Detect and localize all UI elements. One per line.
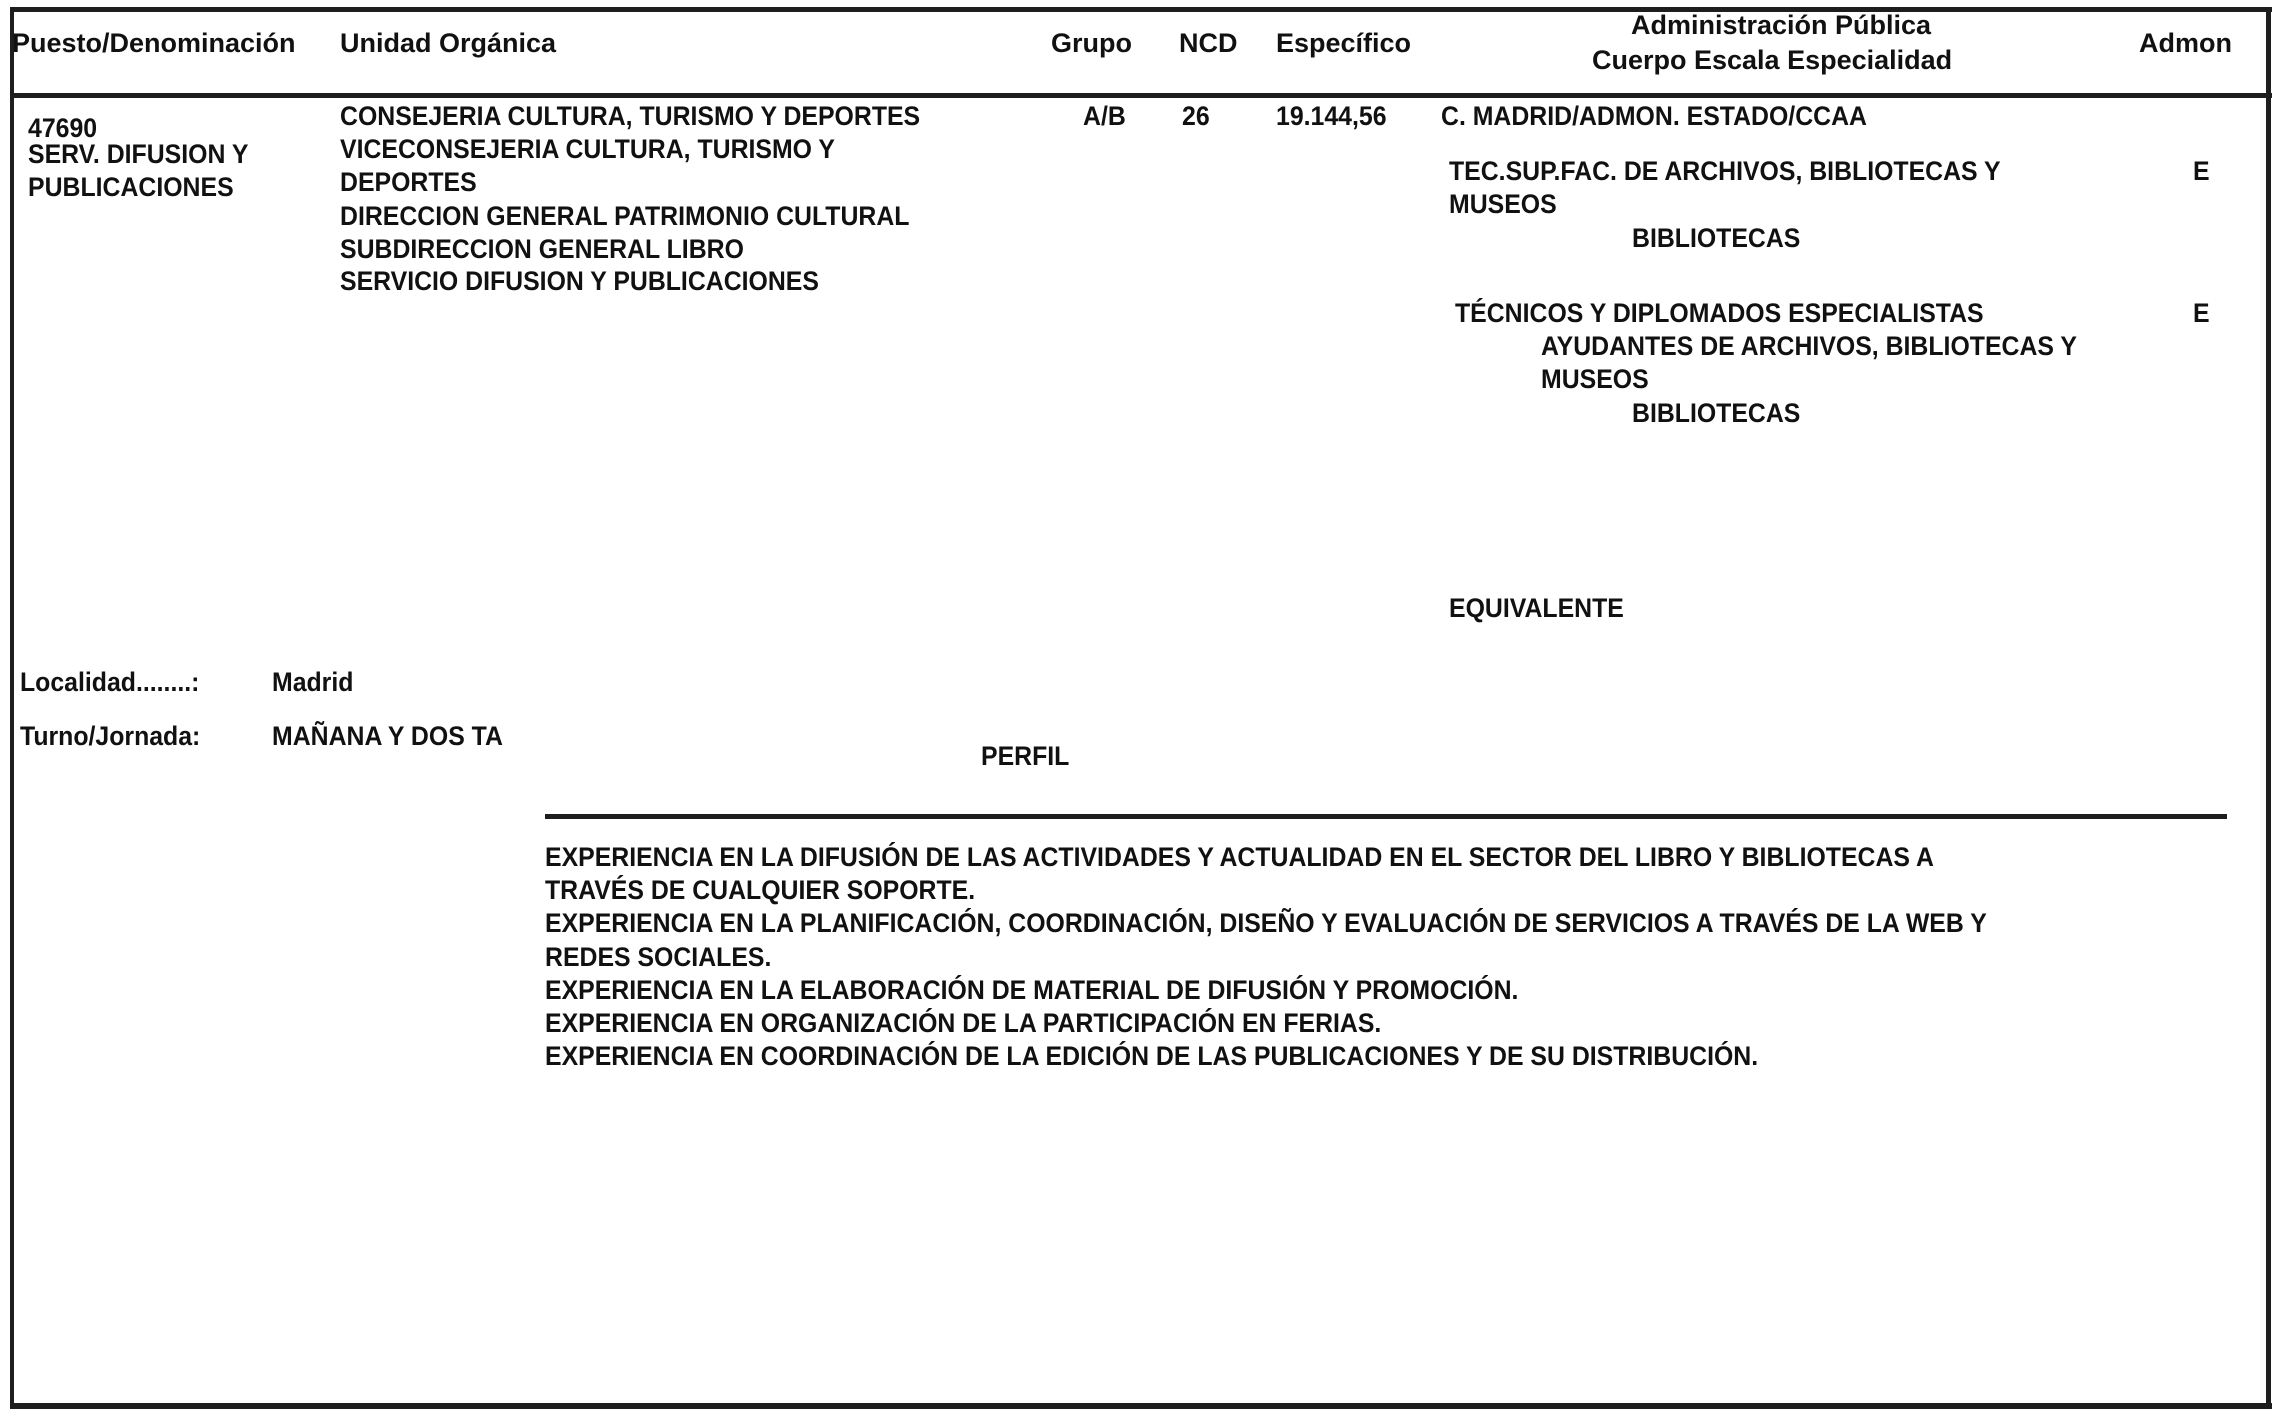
unidad-line-1: CONSEJERIA CULTURA, TURISMO Y DEPORTES [340,100,920,133]
perfil-line-6: EXPERIENCIA EN ORGANIZACIÓN DE LA PARTIC… [545,1007,1381,1040]
ncd-value: 26 [1182,100,1210,133]
grupo-value: A/B [1083,100,1126,133]
turno-label: Turno/Jornada: [20,720,200,753]
cuerpo-2-escala-1: AYUDANTES DE ARCHIVOS, BIBLIOTECAS Y [1541,330,2077,363]
header-admin-publica: Administración Pública [1631,10,1931,40]
header-separator [10,93,2272,98]
header-admon: Admon [2139,28,2232,58]
header-cuerpo-escala: Cuerpo Escala Especialidad [1592,45,1952,75]
frame-right-border [2266,7,2271,1408]
unidad-line-5: SUBDIRECCION GENERAL LIBRO [340,233,744,266]
perfil-line-2: TRAVÉS DE CUALQUIER SOPORTE. [545,874,975,907]
especifico-value: 19.144,56 [1276,100,1387,133]
perfil-line-1: EXPERIENCIA EN LA DIFUSIÓN DE LAS ACTIVI… [545,841,1934,874]
frame-bottom-border [10,1403,2272,1409]
localidad-label: Localidad........: [20,666,199,699]
puesto-denominacion-2: PUBLICACIONES [28,171,234,204]
unidad-line-6: SERVICIO DIFUSION Y PUBLICACIONES [340,265,819,298]
cuerpo-1-especialidad: BIBLIOTECAS [1632,222,1800,255]
turno-value: MAÑANA Y DOS TA [272,720,503,753]
header-grupo: Grupo [1051,28,1132,58]
localidad-value: Madrid [272,666,353,699]
frame-top-border [10,7,2272,12]
perfil-line-4: REDES SOCIALES. [545,941,771,974]
unidad-line-3: DEPORTES [340,166,477,199]
cuerpo-1-line-2: MUSEOS [1449,188,1557,221]
unidad-line-2: VICECONSEJERIA CULTURA, TURISMO Y [340,133,835,166]
puesto-denominacion-1: SERV. DIFUSION Y [28,138,248,171]
header-puesto: Puesto/Denominación [12,28,296,58]
unidad-line-4: DIRECCION GENERAL PATRIMONIO CULTURAL [340,200,909,233]
cuerpo-1-line-1: TEC.SUP.FAC. DE ARCHIVOS, BIBLIOTECAS Y [1449,155,2001,188]
header-ncd: NCD [1179,28,1238,58]
cuerpo-1-admon: E [2193,155,2210,188]
cuerpo-2-escala-2: MUSEOS [1541,363,1649,396]
perfil-rule [545,814,2227,819]
perfil-line-7: EXPERIENCIA EN COORDINACIÓN DE LA EDICIÓ… [545,1040,1758,1073]
cuerpo-2-line-1: TÉCNICOS Y DIPLOMADOS ESPECIALISTAS [1455,297,1984,330]
perfil-line-5: EXPERIENCIA EN LA ELABORACIÓN DE MATERIA… [545,974,1518,1007]
perfil-line-3: EXPERIENCIA EN LA PLANIFICACIÓN, COORDIN… [545,907,1987,940]
cuerpo-2-especialidad: BIBLIOTECAS [1632,397,1800,430]
frame-left-border [10,7,14,1408]
header-unidad: Unidad Orgánica [340,28,556,58]
equivalente-label: EQUIVALENTE [1449,592,1624,625]
cuerpo-2-admon: E [2193,297,2210,330]
perfil-heading: PERFIL [981,740,1069,773]
header-especifico: Específico [1276,28,1411,58]
administracion-value: C. MADRID/ADMON. ESTADO/CCAA [1441,100,1867,133]
